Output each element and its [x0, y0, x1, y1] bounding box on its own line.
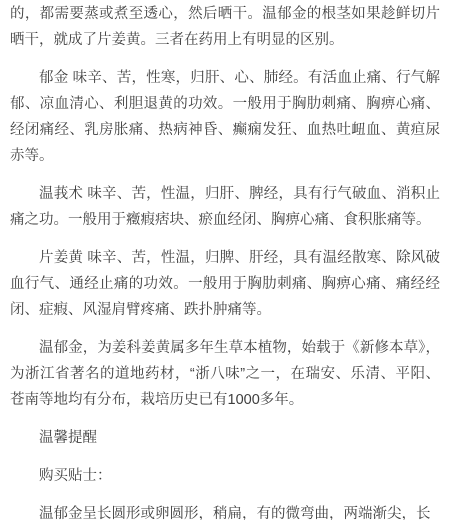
article-paragraph-warm-reminder: 温馨提醒: [10, 425, 440, 451]
article-paragraph-yujin: 郁金 味辛、苦，性寒，归肝、心、肺经。有活血止痛、行气解郁、凉血清心、利胆退黄的…: [10, 65, 440, 169]
article-paragraph-wenezhu: 温莪术 味辛、苦，性温，归肝、脾经，具有行气破血、消积止痛之功。一般用于癥瘕痞块…: [10, 181, 440, 233]
article-paragraph-buying-tips-label: 购买贴士：: [10, 463, 440, 489]
article-body: 的，都需要蒸或煮至透心，然后晒干。温郁金的根茎如果趁鲜切片晒干，就成了片姜黄。三…: [0, 0, 450, 520]
article-paragraph-pianjianghuang: 片姜黄 味辛、苦，性温，归脾、肝经，具有温经散寒、除风破血行气、通经止痛的功效。…: [10, 245, 440, 323]
article-paragraph-intro: 的，都需要蒸或煮至透心，然后晒干。温郁金的根茎如果趁鲜切片晒干，就成了片姜黄。三…: [10, 1, 440, 53]
article-paragraph-appearance: 温郁金呈长圆形或卵圆形，稍扁，有的微弯曲，两端渐尖，长: [10, 501, 440, 520]
article-paragraph-wenyujin-origin: 温郁金，为姜科姜黄属多年生草本植物，始载于《新修本草》，为浙江省著名的道地药材，…: [10, 335, 440, 413]
